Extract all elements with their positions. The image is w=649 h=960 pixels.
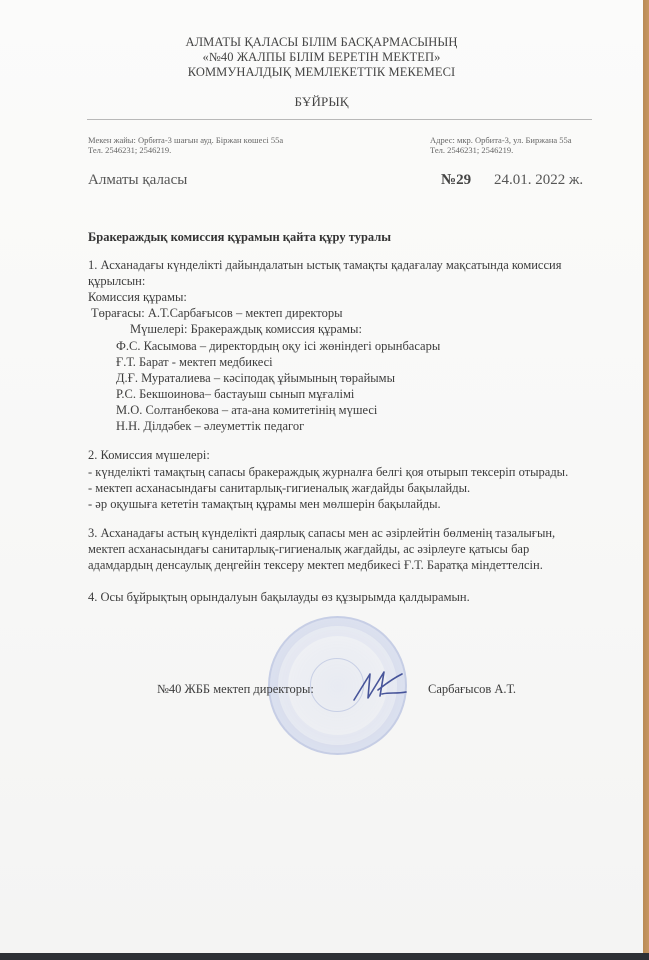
address-kazakh: Мекен жайы: Орбита-3 шағын ауд. Біржан к…: [88, 135, 283, 155]
duty-item: - әр оқушыға кететін тамақтың құрамы мен…: [88, 497, 441, 512]
order-subject: Бракераждық комиссия құрамын қайта құру …: [88, 230, 391, 245]
org-header-line-2: «№40 ЖАЛПЫ БІЛІМ БЕРЕТІН МЕКТЕП»: [0, 50, 643, 65]
address-kazakh-line-1: Мекен жайы: Орбита-3 шағын ауд. Біржан к…: [88, 135, 283, 145]
section-4-line-1: 4. Осы бұйрықтың орындалуын бақылауды өз…: [88, 590, 470, 605]
address-kazakh-phone: Тел. 2546231; 2546219.: [88, 145, 283, 155]
table-edge-bottom: [0, 953, 649, 960]
members-label: Мүшелері: Бракераждық комиссия құрамы:: [130, 322, 362, 337]
duty-item: - күнделікті тамақтың сапасы бракераждық…: [88, 465, 568, 480]
duty-item: - мектеп асханасындағы санитарлық-гигиен…: [88, 481, 470, 496]
member-item: Р.С. Бекшоинова– бастауыш сынып мұғалімі: [116, 387, 354, 402]
org-header-line-3: КОММУНАЛДЫҚ МЕМЛЕКЕТТІК МЕКЕМЕСІ: [0, 65, 643, 80]
member-item: Ф.С. Касымова – директордың оқу ісі жөні…: [116, 339, 440, 354]
section-3-line-2: мектеп асханасындағы санитарлық-гигиенал…: [88, 542, 529, 557]
section-1-line-2: құрылсын:: [88, 274, 145, 289]
section-1-line-1: 1. Асханадағы күнделікті дайындалатын ыс…: [88, 258, 561, 273]
city-label: Алматы қаласы: [88, 172, 187, 189]
address-russian: Адрес: мкр. Орбита-3, ул. Биржана 55а Те…: [430, 135, 572, 155]
chair-line: Төрағасы: А.Т.Сарбағысов – мектеп директ…: [91, 306, 342, 321]
document-type-title: БҰЙРЫҚ: [0, 94, 643, 110]
member-item: Д.Ғ. Мураталиева – кәсіподақ ұйымының тө…: [116, 371, 395, 386]
section-3-line-1: 3. Асханадағы астың күнделікті даярлық с…: [88, 526, 555, 541]
section-3-line-3: адамдардың денсаулық деңгейін тексеру ме…: [88, 558, 543, 573]
composition-label: Комиссия құрамы:: [88, 290, 187, 305]
section-2-title: 2. Комиссия мүшелері:: [88, 448, 210, 463]
document-page: АЛМАТЫ ҚАЛАСЫ БІЛІМ БАСҚАРМАСЫНЫҢ «№40 Ж…: [0, 0, 643, 953]
member-item: М.О. Солтанбекова – ата-ана комитетінің …: [116, 403, 377, 418]
member-item: Ғ.Т. Барат - мектеп медбикесі: [116, 355, 273, 370]
address-russian-line-1: Адрес: мкр. Орбита-3, ул. Биржана 55а: [430, 135, 572, 145]
order-date: 24.01. 2022 ж.: [494, 172, 583, 189]
handwritten-signature-icon: [350, 668, 410, 703]
member-item: Н.Н. Ділдәбек – әлеуметтік педагог: [116, 419, 304, 434]
signatory-position: №40 ЖББ мектеп директоры:: [157, 682, 314, 697]
signatory-name: Сарбағысов А.Т.: [428, 682, 516, 697]
address-russian-phone: Тел. 2546231; 2546219.: [430, 145, 572, 155]
org-header-line-1: АЛМАТЫ ҚАЛАСЫ БІЛІМ БАСҚАРМАСЫНЫҢ: [0, 35, 643, 50]
table-edge-right: [643, 0, 649, 953]
order-number: №29: [441, 172, 471, 189]
header-divider: [87, 119, 592, 120]
